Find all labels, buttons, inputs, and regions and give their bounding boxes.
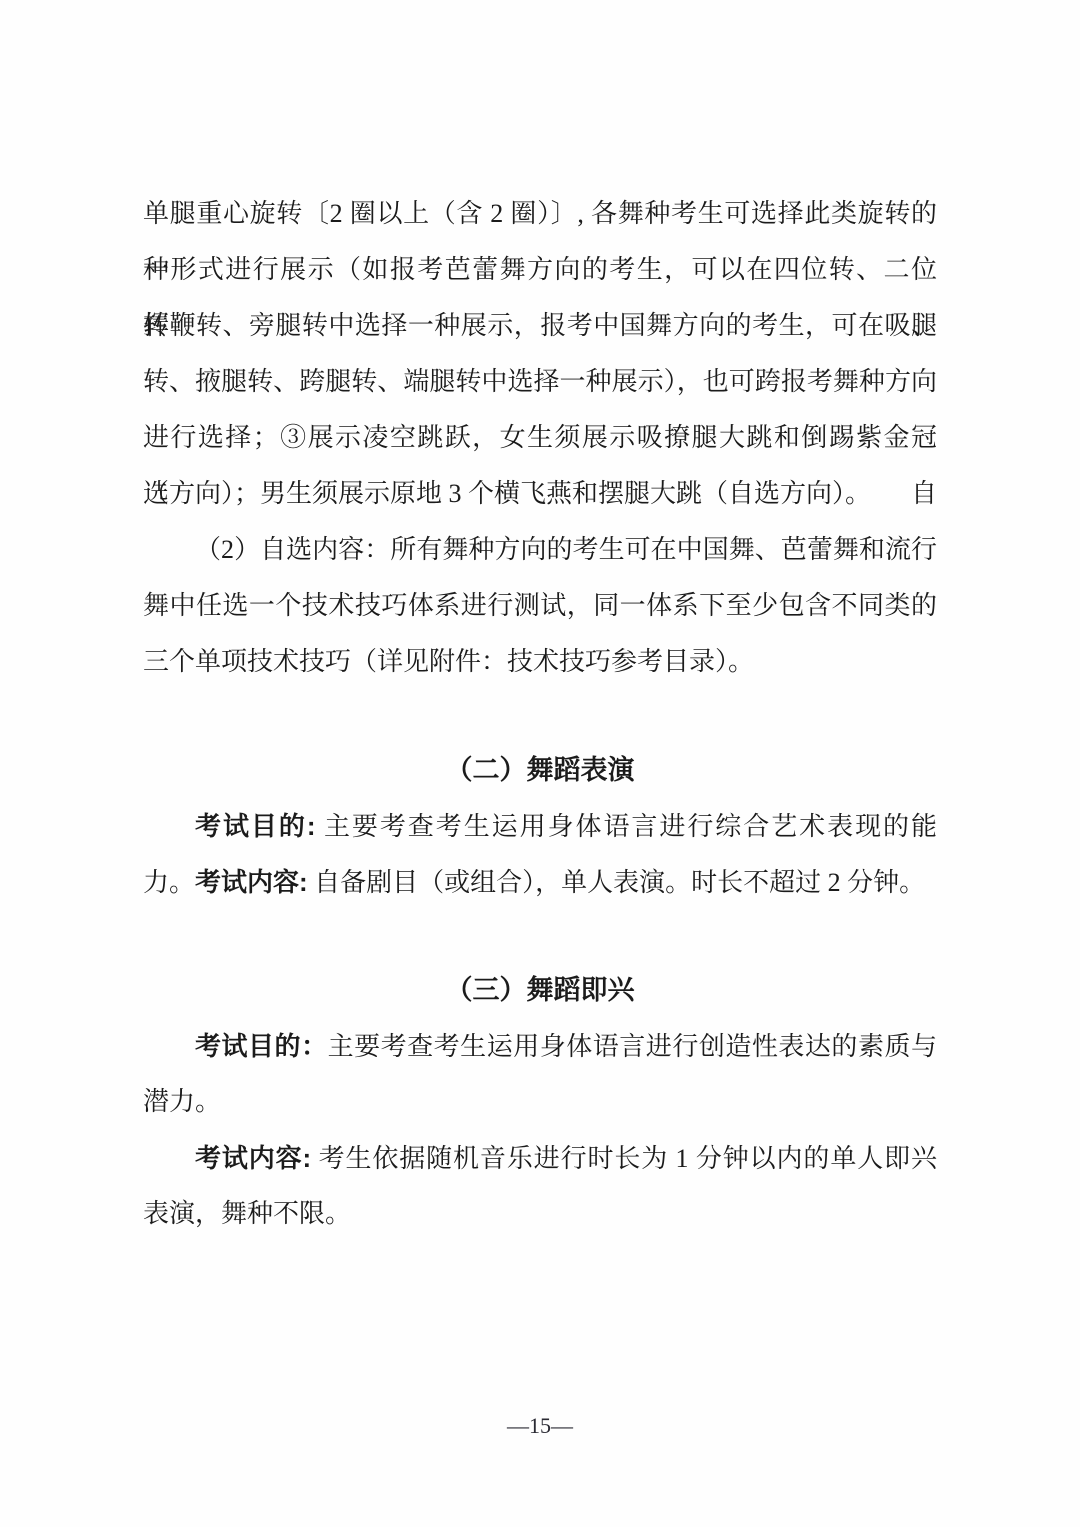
section-gap bbox=[143, 690, 937, 742]
section3-purpose-line-2: 潜力。 bbox=[143, 1074, 937, 1130]
section3-purpose-line-1: 考试目的：主要考查考生运用身体语言进行创造性表达的素质与 bbox=[143, 1018, 937, 1074]
p1-line-6: 选方向）；男生须展示原地 3 个横飞燕和摆腿大跳（自选方向）。 bbox=[143, 466, 937, 522]
section-gap bbox=[143, 910, 937, 962]
section2-content-line: 考试内容: 自备剧目（或组合），单人表演。时长不超过 2 分钟。 bbox=[143, 854, 937, 910]
section3-content-label: 考试内容: bbox=[195, 1143, 311, 1173]
p1-line-5: 进行选择；③展示凌空跳跃，女生须展示吸撩腿大跳和倒踢紫金冠（自 bbox=[143, 410, 937, 466]
section3-purpose-label: 考试目的： bbox=[195, 1031, 328, 1061]
section2-content-label: 考试内容: bbox=[195, 867, 308, 897]
p2-line-1: （2）自选内容：所有舞种方向的考生可在中国舞、芭蕾舞和流行 bbox=[143, 522, 937, 578]
section2-heading: （二）舞蹈表演 bbox=[143, 742, 937, 798]
section3-content-line-1: 考试内容: 考生依据随机音乐进行时长为 1 分钟以内的单人即兴 bbox=[143, 1130, 937, 1186]
p2-line-3: 三个单项技术技巧（详见附件：技术技巧参考目录）。 bbox=[143, 634, 937, 690]
section3-heading: （三）舞蹈即兴 bbox=[143, 962, 937, 1018]
page-content: 单腿重心旋转〔2 圈以上（含 2 圈）〕, 各舞种考生可选择此类旋转的一 种形式… bbox=[143, 186, 937, 1242]
section3-content-text: 考生依据随机音乐进行时长为 1 分钟以内的单人即兴 bbox=[311, 1144, 937, 1173]
document-page: 单腿重心旋转〔2 圈以上（含 2 圈）〕, 各舞种考生可选择此类旋转的一 种形式… bbox=[0, 0, 1080, 1527]
section2-purpose-line: 考试目的: 主要考查考生运用身体语言进行综合艺术表现的能力。 bbox=[143, 798, 937, 854]
section3-content-line-2: 表演，舞种不限。 bbox=[143, 1186, 937, 1242]
p1-line-4: 转、掖腿转、跨腿转、端腿转中选择一种展示），也可跨报考舞种方向 bbox=[143, 354, 937, 410]
p2-line-2: 舞中任选一个技术技巧体系进行测试，同一体系下至少包含不同类的 bbox=[143, 578, 937, 634]
section3-purpose-text: 主要考查考生运用身体语言进行创造性表达的素质与 bbox=[328, 1032, 937, 1061]
section2-purpose-label: 考试目的: bbox=[195, 811, 315, 841]
p1-line-1: 单腿重心旋转〔2 圈以上（含 2 圈）〕, 各舞种考生可选择此类旋转的一 bbox=[143, 186, 937, 242]
section2-content-text: 自备剧目（或组合），单人表演。时长不超过 2 分钟。 bbox=[308, 868, 926, 897]
page-number: —15— bbox=[0, 1406, 1080, 1446]
p1-line-2: 种形式进行展示（如报考芭蕾舞方向的考生，可以在四位转、二位转、 bbox=[143, 242, 937, 298]
p1-line-3: 挥鞭转、旁腿转中选择一种展示，报考中国舞方向的考生，可在吸腿 bbox=[143, 298, 937, 354]
